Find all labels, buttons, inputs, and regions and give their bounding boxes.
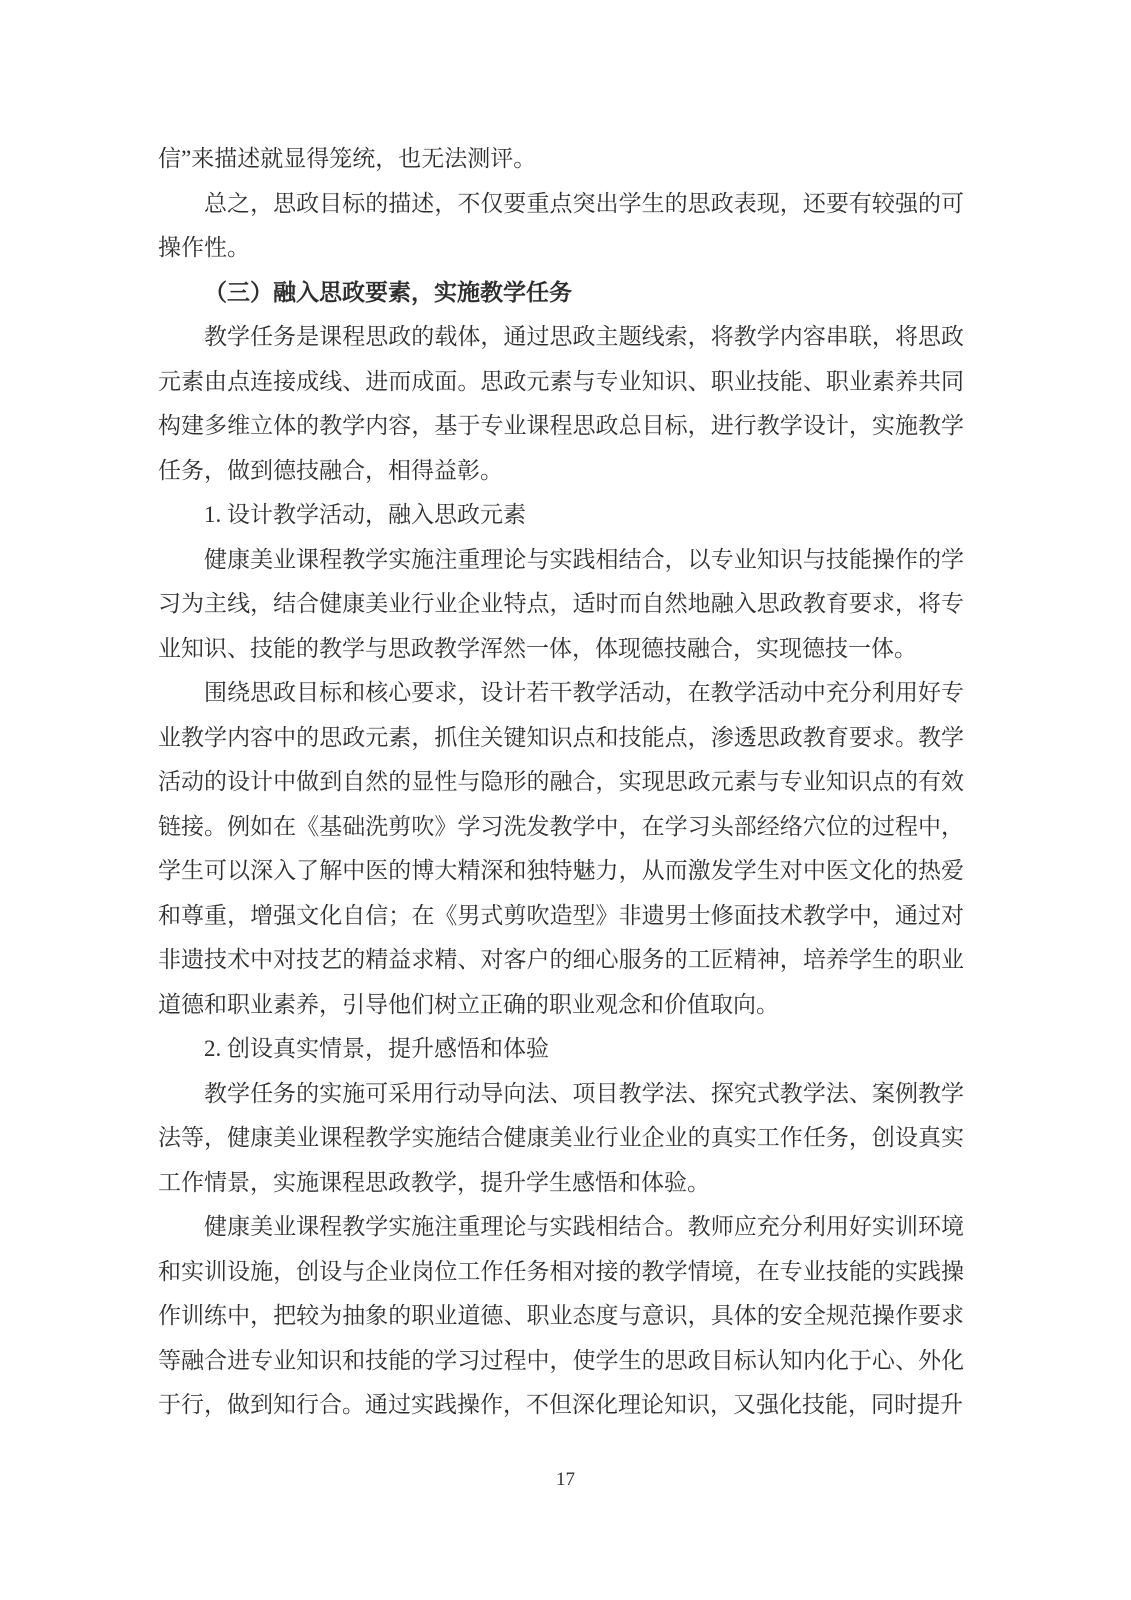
paragraph: 健康美业课程教学实施注重理论与实践相结合。教师应充分利用好实训环境和实训设施，创… <box>158 1205 964 1428</box>
document-page: 信”来描述就显得笼统，也无法测评。 总之，思政目标的描述，不仅要重点突出学生的思… <box>0 0 1131 1600</box>
numbered-subheading-1: 1. 设计教学活动，融入思政元素 <box>158 493 964 538</box>
paragraph: 围绕思政目标和核心要求，设计若干教学活动，在教学活动中充分利用好专业教学内容中的… <box>158 671 964 1027</box>
paragraph: 总之，思政目标的描述，不仅要重点突出学生的思政表现，还要有较强的可操作性。 <box>158 182 964 271</box>
paragraph: 教学任务的实施可采用行动导向法、项目教学法、探究式教学法、案例教学法等，健康美业… <box>158 1072 964 1206</box>
page-body-text: 信”来描述就显得笼统，也无法测评。 总之，思政目标的描述，不仅要重点突出学生的思… <box>158 137 964 1428</box>
section-heading: （三）融入思政要素，实施教学任务 <box>158 271 964 316</box>
paragraph: 健康美业课程教学实施注重理论与实践相结合，以专业知识与技能操作的学习为主线，结合… <box>158 538 964 672</box>
paragraph: 教学任务是课程思政的载体，通过思政主题线索，将教学内容串联，将思政元素由点连接成… <box>158 315 964 493</box>
paragraph-continuation: 信”来描述就显得笼统，也无法测评。 <box>158 137 964 182</box>
numbered-subheading-2: 2. 创设真实情景，提升感悟和体验 <box>158 1027 964 1072</box>
page-number: 17 <box>0 1468 1131 1492</box>
